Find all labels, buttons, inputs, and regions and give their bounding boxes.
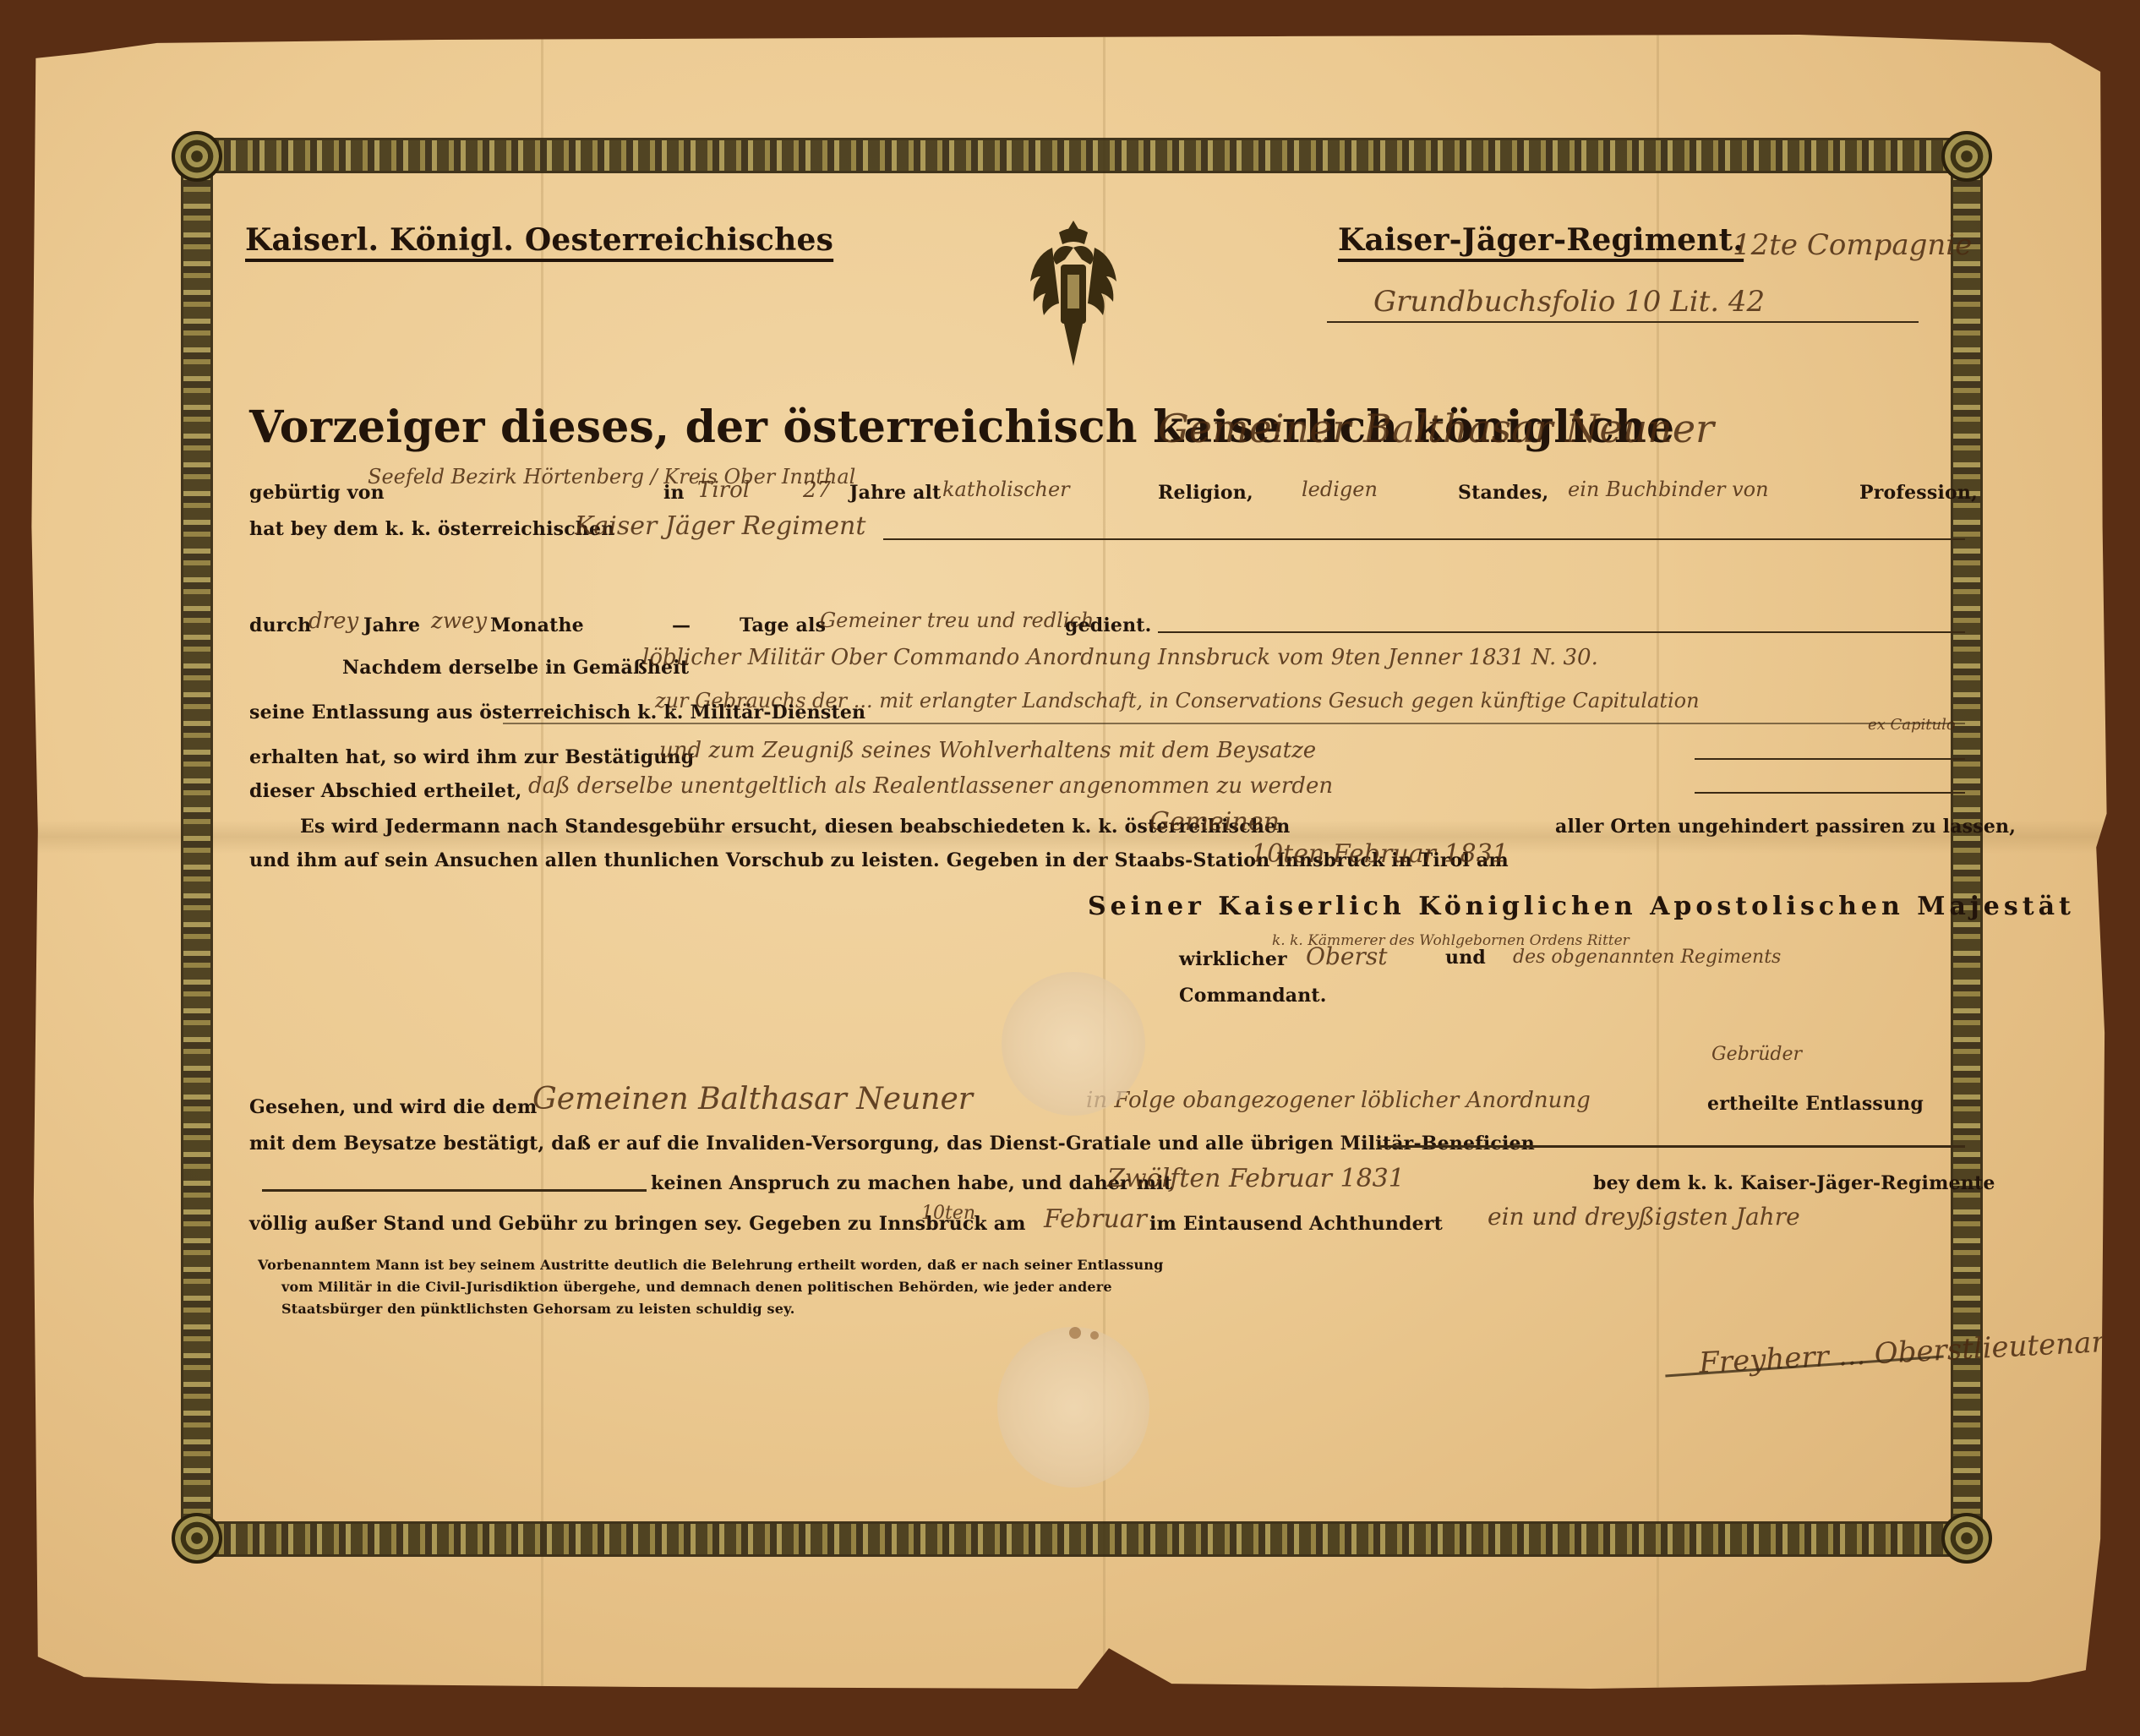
land-handwritten: Tirol [697,478,750,503]
request-text-line1: Es wird Jedermann nach Standesgebühr ers… [300,816,1290,838]
fill-line [503,723,1965,724]
protocol-handwritten: Grundbuchsfolio 10 Lit. 42 [1373,285,1765,319]
seen-order-handwritten: in Folge obangezogener löblicher Anordnu… [1086,1088,1591,1113]
request-rank-handwritten: Gemeinen [1149,807,1280,837]
label-status: Standes, [1458,482,1548,504]
bearer-name-handwritten: Gemeiner Balthasar Neuner [1158,406,1714,451]
age-handwritten: 27 [803,478,831,503]
rank-handwritten: Gemeiner treu und redlich [820,609,1094,632]
footnote-line1: Vorbenanntem Mann ist bey seinem Austrit… [258,1257,1164,1273]
label-no-claim: keinen Anspruch zu machen habe, und dahe… [651,1172,1172,1194]
label-regiment: bey dem k. k. Kaiser-Jäger-Regimente [1593,1172,1995,1194]
fill-line [1158,631,1965,633]
label-years: Jahre [363,614,420,636]
label-served: gedient. [1065,614,1152,636]
label-unit: hat bey dem k. k. österreichischen [249,518,614,540]
company-handwritten: 12te Compagnie [1733,228,1972,262]
label-in: in [663,482,685,504]
order-handwritten-note: ex Capitulo [1868,716,1956,734]
fill-line [262,1189,647,1192]
label-year-prefix: im Eintausend Achthundert [1149,1213,1443,1235]
label-discharge: seine Entlassung aus österreichisch k. k… [249,701,865,723]
ink-stain [1069,1327,1081,1339]
confirmation-handwritten: und zum Zeugniß seines Wohlverhaltens mi… [659,738,1316,763]
border-right [1951,173,1983,1521]
double-headed-eagle-icon [1027,214,1120,374]
commander-rank-handwritten: Oberst [1306,942,1387,970]
years-handwritten: drey [308,609,358,634]
birthplace-handwritten: Seefeld Bezirk Hörtenberg / Kreis Ober I… [368,465,855,489]
farewell-handwritten: daß derselbe unentgeltlich als Realentla… [528,773,1333,799]
header-right: Kaiser-Jäger-Regiment. [1338,222,1744,258]
seen-day-handwritten: 10ten [921,1203,975,1224]
status-handwritten: ledigen [1302,478,1378,501]
fill-line [1695,792,1965,794]
corner-rosette-icon [172,1513,222,1564]
label-commandant: Commandant. [1179,985,1327,1007]
fill-line [1695,758,1965,760]
days-value: — [672,614,691,636]
footnote-line3: Staatsbürger den pünktlichsten Gehorsam … [281,1301,795,1317]
label-confirmed-text: mit dem Beysatze bestätigt, daß er auf d… [249,1133,1535,1155]
embossed-seal-icon [1002,972,1145,1116]
label-through: durch [249,614,311,636]
seen-name-handwritten: Gemeinen Balthasar Neuner [532,1082,973,1116]
label-given-innsbruck: völlig außer Stand und Gebühr zu bringen… [249,1213,1026,1235]
request-text-line1b: aller Orten ungehindert passiren zu lass… [1555,816,2016,838]
footnote-line2: vom Militär in die Civil-Jurisdiktion üb… [281,1279,1112,1295]
issue-date-handwritten: 10ten Februar 1831 [1251,839,1509,869]
unit-handwritten: Kaiser Jäger Regiment [575,511,865,541]
label-and: und [1445,947,1486,969]
seen-year-handwritten: ein und dreyßigsten Jahre [1488,1203,1800,1231]
corner-rosette-icon [172,131,222,182]
label-profession: Profession, [1859,482,1978,504]
label-actual: wirklicher [1179,948,1287,970]
label-days-as: Tage als [740,614,826,636]
label-confirmation: erhalten hat, so wird ihm zur Bestätigun… [249,746,694,768]
profession-handwritten: ein Buchbinder von [1568,478,1769,501]
label-born-in: gebürtig von [249,482,385,504]
commander-signature-handwritten: Gebrüder [1711,1044,1802,1065]
label-months: Monathe [490,614,584,636]
months-handwritten: zwey [431,609,487,634]
border-top [211,138,1952,173]
corner-rosette-icon [1941,131,1992,182]
label-religion: Religion, [1158,482,1253,504]
fill-line [883,538,1965,540]
commander-unit-handwritten: des obgenannten Regiments [1513,947,1781,968]
border-bottom [211,1521,1952,1557]
label-accordance: Nachdem derselbe in Gemäßheit [342,657,689,679]
religion-handwritten: katholischer [942,478,1070,501]
ink-stain [1090,1331,1099,1340]
seen-month-handwritten: Februar [1044,1204,1147,1234]
border-left [181,173,213,1521]
order-handwritten-line1: löblicher Militär Ober Commando Anordnun… [642,645,1598,670]
label-discharge-granted: ertheilte Entlassung [1707,1093,1924,1115]
fill-line [1378,1145,1965,1148]
majesty-title: Seiner Kaiserlich Königlichen Apostolisc… [1088,892,2075,921]
label-farewell: dieser Abschied ertheilet, [249,780,521,802]
seen-date-handwritten: Zwölften Februar 1831 [1107,1164,1405,1193]
label-seen: Gesehen, und wird die dem [249,1096,538,1118]
document-paper: Kaiserl. Königl. Oesterreichisches Kaise… [21,21,2113,1707]
fill-line [1327,321,1919,323]
embossed-seal-icon [997,1327,1149,1488]
corner-rosette-icon [1941,1513,1992,1564]
label-years-old: Jahre alt [849,482,941,504]
header-left: Kaiserl. Königl. Oesterreichisches [245,222,833,258]
